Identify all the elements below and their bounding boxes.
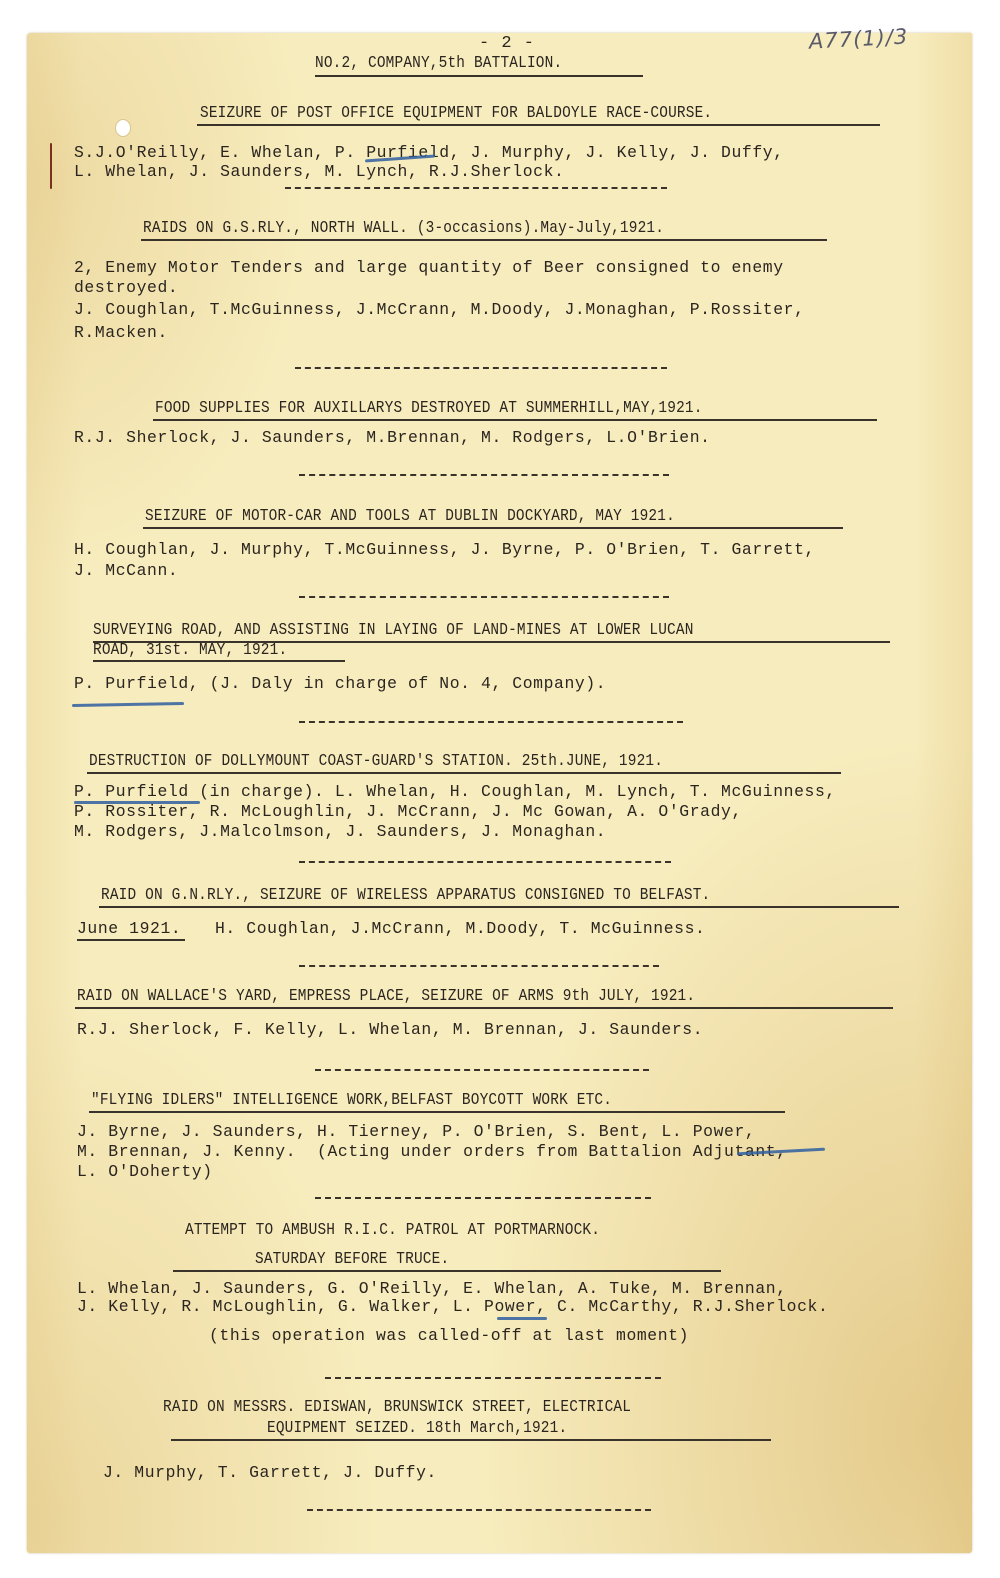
- heading-underline: [93, 660, 345, 662]
- section-separator: [307, 1509, 651, 1511]
- personnel-line: J. Coughlan, T.McGuinness, J.McCrann, M.…: [74, 300, 805, 320]
- personnel-line: P. Purfield, (J. Daly in charge of No. 4…: [74, 674, 606, 694]
- section-separator: [285, 187, 667, 189]
- personnel-line: J. Kelly, R. McLoughlin, G. Walker, L. P…: [77, 1297, 828, 1317]
- document-page: - 2 - A77(1)/3 NO.2, COMPANY,5th BATTALI…: [27, 33, 972, 1553]
- section-heading: RAID ON MESSRS. EDISWAN, BRUNSWICK STREE…: [163, 1397, 631, 1417]
- personnel-line: J. McCann.: [74, 561, 178, 581]
- section-heading-line-2: EQUIPMENT SEIZED. 18th March,1921.: [267, 1418, 567, 1438]
- description-line: destroyed.: [74, 278, 178, 298]
- section-heading: RAID ON G.N.RLY., SEIZURE OF WIRELESS AP…: [101, 885, 710, 905]
- personnel-line: L. Whelan, J. Saunders, M. Lynch, R.J.Sh…: [74, 162, 565, 182]
- section-heading-line-2: ROAD, 31st. MAY, 1921.: [93, 640, 287, 660]
- date-underline: [77, 939, 185, 941]
- personnel-line: R.Macken.: [74, 323, 168, 343]
- section-separator: [295, 367, 667, 369]
- personnel-line: H. Coughlan, J.McCrann, M.Doody, T. McGu…: [215, 919, 706, 939]
- description-line: 2, Enemy Motor Tenders and large quantit…: [74, 258, 784, 278]
- section-separator: [315, 1069, 649, 1071]
- margin-pen-mark: [50, 143, 52, 189]
- section-heading: "FLYING IDLERS" INTELLIGENCE WORK,BELFAS…: [91, 1090, 612, 1110]
- heading-underline: [197, 124, 880, 126]
- heading-underline: [87, 772, 841, 774]
- section-heading: SEIZURE OF POST OFFICE EQUIPMENT FOR BAL…: [200, 103, 712, 123]
- heading-underline: [89, 1111, 785, 1113]
- section-date: June 1921.: [77, 919, 181, 939]
- section-heading: SEIZURE OF MOTOR-CAR AND TOOLS AT DUBLIN…: [145, 506, 675, 526]
- heading-underline: [99, 906, 899, 908]
- section-separator: [325, 1377, 661, 1379]
- personnel-line: J. Murphy, T. Garrett, J. Duffy.: [103, 1463, 437, 1483]
- personnel-line: J. Byrne, J. Saunders, H. Tierney, P. O'…: [77, 1122, 755, 1142]
- archive-reference-mark: A77(1)/3: [808, 24, 908, 53]
- personnel-line: P. Rossiter, R. McLoughlin, J. McCrann, …: [74, 802, 742, 822]
- section-separator: [315, 1197, 651, 1199]
- heading-underline: [141, 239, 827, 241]
- section-heading: SURVEYING ROAD, AND ASSISTING IN LAYING …: [93, 620, 694, 640]
- section-heading: ATTEMPT TO AMBUSH R.I.C. PATROL AT PORTM…: [185, 1220, 600, 1240]
- page-number: - 2 -: [479, 34, 535, 53]
- section-separator: [299, 596, 669, 598]
- personnel-line: S.J.O'Reilly, E. Whelan, P. Purfield, J.…: [74, 143, 784, 163]
- title-underline: [315, 75, 643, 77]
- section-heading: RAID ON WALLACE'S YARD, EMPRESS PLACE, S…: [77, 986, 695, 1006]
- personnel-line: H. Coughlan, J. Murphy, T.McGuinness, J.…: [74, 540, 815, 560]
- personnel-line: L. O'Doherty): [77, 1162, 213, 1182]
- personnel-line: M. Rodgers, J.Malcolmson, J. Saunders, J…: [74, 822, 606, 842]
- section-heading: DESTRUCTION OF DOLLYMOUNT COAST-GUARD'S …: [89, 751, 663, 771]
- section-note: (this operation was called-off at last m…: [209, 1326, 689, 1346]
- personnel-line: L. Whelan, J. Saunders, G. O'Reilly, E. …: [77, 1279, 787, 1299]
- blue-pen-underline: [497, 1317, 547, 1320]
- personnel-line: R.J. Sherlock, J. Saunders, M.Brennan, M…: [74, 428, 711, 448]
- personnel-line: P. Purfield (in charge). L. Whelan, H. C…: [74, 782, 836, 802]
- section-heading: RAIDS ON G.S.RLY., NORTH WALL. (3-occasi…: [143, 218, 664, 238]
- heading-underline: [173, 1270, 721, 1272]
- document-title: NO.2, COMPANY,5th BATTALION.: [315, 53, 562, 73]
- punch-hole: [115, 119, 131, 137]
- section-separator: [299, 861, 671, 863]
- personnel-line: R.J. Sherlock, F. Kelly, L. Whelan, M. B…: [77, 1020, 703, 1040]
- heading-underline: [171, 1439, 771, 1441]
- section-heading: FOOD SUPPLIES FOR AUXILLARYS DESTROYED A…: [155, 398, 703, 418]
- heading-underline: [75, 1007, 893, 1009]
- section-heading-line-2: SATURDAY BEFORE TRUCE.: [255, 1249, 449, 1269]
- heading-underline: [153, 419, 877, 421]
- personnel-line: M. Brennan, J. Kenny. (Acting under orde…: [77, 1142, 787, 1162]
- section-separator: [299, 965, 659, 967]
- blue-pen-underline: [72, 702, 184, 707]
- section-separator: [299, 721, 683, 723]
- section-separator: [299, 474, 669, 476]
- heading-underline: [143, 527, 843, 529]
